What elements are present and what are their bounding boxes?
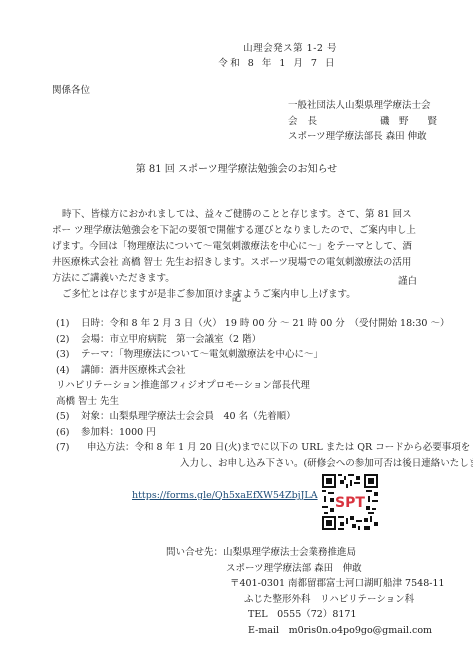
contact-clinic: ふじた整形外科 リハビリテーション科 bbox=[166, 592, 445, 608]
list-item: (2) 会場：市立甲府病院 第一会議室（2 階） bbox=[56, 332, 473, 348]
lecturer-name: 高橋 智士 先生 bbox=[56, 394, 473, 410]
list-item: (3) テーマ：「物理療法について～電気刺激療法を中心に～」 bbox=[56, 347, 473, 363]
contact-person: スポーツ理学療法部 森田 伸敢 bbox=[166, 561, 445, 577]
ki-heading: 記 bbox=[0, 290, 473, 304]
details-list: (1) 日時：令和 8 年 2 月 3 日（火） 19 時 00 分 ～ 21 … bbox=[56, 316, 473, 471]
sender-name: 磯 野 賢 bbox=[380, 114, 437, 130]
sender-department-row: スポーツ理学療法部長 森田 伸敢 bbox=[288, 129, 437, 145]
document-title: 第 81 回 スポーツ理学療法勉強会のお知らせ bbox=[0, 160, 473, 175]
contact-office: 問い合せ先：山梨県理学療法士会業務推進局 bbox=[166, 545, 445, 561]
closing-word: 謹白 bbox=[398, 273, 417, 287]
list-item: (7) 申込方法：令和 8 年 1 月 20 日(火)までに以下の URL また… bbox=[56, 440, 473, 456]
document-reference-number: 山理会発ス第 1-2 号 bbox=[243, 40, 337, 54]
sender-role: 会長 bbox=[288, 114, 380, 130]
document-date: 令和 8 年 1 月 7 日 bbox=[218, 55, 337, 69]
sender-block: 一般社団法人山梨県理学療法士会 会長 磯 野 賢 スポーツ理学療法部長 森田 伸… bbox=[288, 98, 437, 145]
list-item: (1) 日時：令和 8 年 2 月 3 日（火） 19 時 00 分 ～ 21 … bbox=[56, 316, 473, 332]
sender-president-row: 会長 磯 野 賢 bbox=[288, 114, 437, 130]
list-item: (4) 講師：酒井医療株式会社 bbox=[56, 363, 473, 379]
sender-department-head: 森田 伸敢 bbox=[386, 131, 427, 142]
list-item: (6) 参加料：1000 円 bbox=[56, 425, 473, 441]
list-item: (5) 対象：山梨県理学療法士会会員 40 名（先着順） bbox=[56, 409, 473, 425]
svg-text:SPT: SPT bbox=[335, 495, 365, 511]
sender-organization: 一般社団法人山梨県理学療法士会 bbox=[288, 98, 437, 114]
body-text: 時下、皆様方におかれましては、益々ご健勝のことと存じます。さて、第 81 回スポ… bbox=[52, 207, 417, 303]
sender-department: スポーツ理学療法部長 bbox=[288, 131, 383, 142]
lecturer-position: リハビリテーション推進部フィジオプロモーション部長代理 bbox=[56, 378, 473, 394]
body-paragraph-1: 時下、皆様方におかれましては、益々ご健勝のことと存じます。さて、第 81 回スポ… bbox=[52, 207, 417, 287]
contact-address: 〒401-0301 南都留郡富士河口湖町船津 7548-11 bbox=[166, 576, 445, 592]
qr-code-icon[interactable]: SPT bbox=[322, 474, 378, 530]
registration-form-link[interactable]: https://forms.gle/Qh5xaEfXW54ZbjJLA bbox=[132, 490, 318, 501]
contact-email[interactable]: E-mail m0ris0n.o4po9go@gmail.com bbox=[166, 623, 445, 639]
addressee: 関係各位 bbox=[52, 82, 90, 96]
contact-block: 問い合せ先：山梨県理学療法士会業務推進局 スポーツ理学療法部 森田 伸敢 〒40… bbox=[166, 545, 445, 638]
contact-phone: TEL 0555（72）8171 bbox=[166, 607, 445, 623]
application-note: 入力し、お申し込み下さい。(研修会への参加可否は後日連絡いたします。) bbox=[56, 456, 473, 472]
